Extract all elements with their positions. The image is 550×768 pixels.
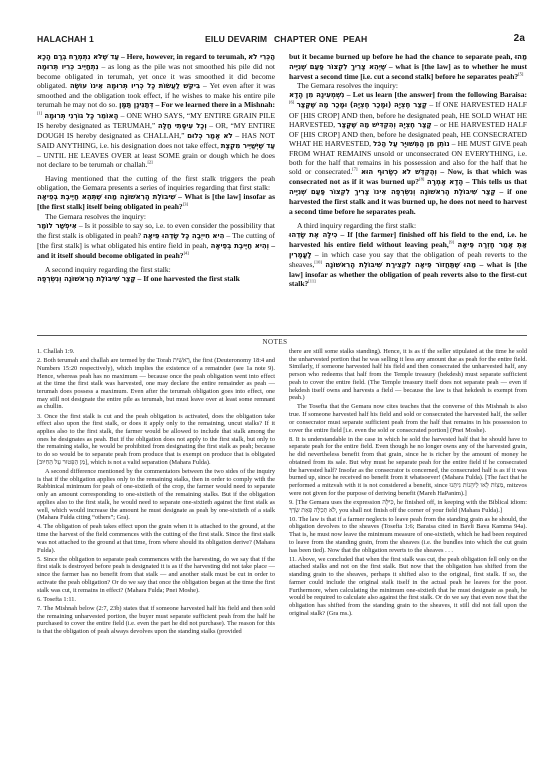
translation: – For we learned there in a Mishnah:: [155, 100, 275, 109]
running-header: HALACHAH 1 EILU DEVARIM CHAPTER ONE PEAH…: [37, 34, 525, 46]
main-column-left: עַד שֶׁלֹּא נִתְמְרַח בְּרַם הָכָא – Her…: [37, 52, 275, 284]
notes-divider: [37, 335, 527, 336]
hebrew-phrase: וְהֶקְדֵּשׁ לֹא כְשָׂרוּף הוּא: [361, 168, 437, 176]
hebrew-phrase: הָאוֹמֵר כָּל גּוֹרְנִי תְּרוּמָה: [44, 112, 118, 120]
hebrew-phrase: נוֹתֵן מִן הַמְּשׁוּיָּר עַל הַכֹּל: [373, 140, 450, 148]
paragraph: קָצַר שִׁיבּוֹלֶת הָרִאשׁוֹנָה וְנִשְׂרְ…: [37, 274, 275, 284]
translation: – If one harvested the first stalk: [138, 274, 240, 283]
halachah-label: HALACHAH 1: [37, 34, 94, 44]
main-text: עַד שֶׁלֹּא נִתְמְרַח בְּרַם הָכָא – Her…: [37, 52, 527, 332]
intro-text: The Gemara resolves the inquiry:: [297, 81, 398, 90]
hebrew-phrase: כִּילָּה אֶת שָׂדֵהוּ: [289, 231, 338, 239]
hebrew-phrase: בְּרַם הָכָא: [37, 53, 67, 61]
paragraph: שִׁיבּוֹלֶת הָרִאשׁוֹנָה מַהוּ שֶׁתְּהֵא…: [37, 192, 275, 211]
paragraph: כִּילָּה אֶת שָׂדֵהוּ – If [the farmer] …: [289, 230, 527, 289]
hebrew-phrase: אִיפְשַׁר לוֹמַר: [37, 222, 77, 230]
hebrew-phrase: מַהוּ שֶׁתַּחֲזוֹר פֵּיאָה לִקְצִירַת שִ…: [325, 261, 476, 269]
note-item: 5. Since the obligation to separate peah…: [37, 556, 275, 595]
hebrew-phrase: הִיא חִייְבָה כָּל שָׂדֵהוּ פֵּיאָה: [143, 232, 224, 240]
note-item: 1. Challah 1:9.: [37, 348, 275, 356]
hebrew-phrase: לֹא אָמַר כְּלוּם: [187, 132, 233, 140]
paragraph: but it became burned up before he had th…: [289, 52, 527, 81]
notes-column-right: there are still some stalks standing). H…: [289, 348, 527, 619]
intro-text: A second inquiry regarding the first sta…: [45, 265, 171, 274]
hebrew-phrase: קָצַר חֶצְיָהּ (וּמָכַר חֶצְיָהּ) וּמָכַ…: [297, 101, 428, 109]
note-item: 7. The Mishnah below (2:7, 23b) states t…: [37, 605, 275, 636]
note-item: 2. Both terumah and challah are termed b…: [37, 357, 275, 411]
paragraph: A second inquiry regarding the first sta…: [37, 265, 275, 274]
note-item: there are still some stalks standing). H…: [289, 348, 527, 402]
hebrew-phrase: הָדָא אָמְרָה: [427, 178, 463, 186]
notes-heading: NOTES: [0, 338, 550, 346]
note-item: 11. Above, we concluded that when the fi…: [289, 556, 527, 618]
hebrew-phrase: בִּיקֵּשׁ לַעֲשׂוֹת כָּל כְּרִיו תְּרוּמ…: [70, 82, 200, 90]
hebrew-phrase: עַד שֶׁלֹּא נִתְמְרַח: [69, 53, 119, 61]
note-item: 8. It is understandable in the case in w…: [289, 436, 527, 498]
hebrew-phrase: וְהִיא חַיֶּיבֶת בְּפֵיאָה: [211, 242, 270, 250]
hebrew-phrase: עַד שֶׁיְּשַׁיֵּיר מִקְצָת: [221, 142, 275, 150]
hebrew-phrase: קָצַר שִׁיבּוֹלֶת הָרִאשׁוֹנָה וְנִשְׂרְ…: [289, 188, 496, 196]
tractate-label: PEAH: [343, 34, 367, 44]
paragraph: עַד שֶׁלֹּא נִתְמְרַח בְּרַם הָכָא – Her…: [37, 52, 275, 169]
hebrew-phrase: שִׁיבּוֹלֶת הָרִאשׁוֹנָה מַהוּ שֶׁתְּהֵא…: [37, 193, 176, 201]
note-item: 6. Tosefta 1:11.: [37, 596, 275, 604]
intro-text: Having mentioned that the cutting of the…: [37, 174, 275, 192]
translation: – Let us learn [the answer] from the fol…: [347, 90, 527, 99]
main-column-right: but it became burned up before he had th…: [289, 52, 527, 288]
hebrew-phrase: נִשְׁמְעִינָהּ מִן הָדָא: [289, 91, 344, 99]
hebrew-phrase: קָצַר חֶצְיָהּ וְהִקְדִּישׁ מַה שֶּׁקָּצ…: [337, 121, 431, 129]
hebrew-phrase: וְכָל עִיסָּתִי חַלָּה: [158, 122, 207, 130]
note-item: 10. The law is that if a farmer neglects…: [289, 516, 527, 555]
chapter-name: EILU DEVARIM: [205, 34, 267, 44]
hebrew-phrase: קָצַר שִׁיבּוֹלֶת הָרִאשׁוֹנָה וְנִשְׂרְ…: [37, 275, 136, 283]
chapter-label: CHAPTER ONE: [274, 34, 338, 44]
translation: but it became burned up before he had th…: [289, 52, 512, 61]
note-item: 9. [The Gemara uses the expression כִּיל…: [289, 499, 527, 514]
translation: – Here, however, in regard to terumah,: [121, 52, 246, 61]
note-item: 3. Once the first stalk is cut and the p…: [37, 413, 275, 467]
paragraph: אִיפְשַׁר לוֹמַר – Is it possible to say…: [37, 221, 275, 260]
paragraph: נִשְׁמְעִינָהּ מִן הָדָא – Let us learn …: [289, 90, 527, 215]
note-item: 4. The obligation of peah takes effect u…: [37, 523, 275, 554]
hebrew-phrase: דְּתַנִּינָן תַּמָּן: [119, 101, 153, 109]
paragraph: The Gemara resolves the inquiry:: [289, 81, 527, 90]
paragraph: A third inquiry regarding the first stal…: [289, 221, 527, 230]
intro-text: A third inquiry regarding the first stal…: [297, 221, 416, 230]
paragraph: The Gemara resolves the inquiry:: [37, 212, 275, 221]
notes-column-left: 1. Challah 1:9. 2. Both terumah and chal…: [37, 348, 275, 637]
translation: – UNTIL HE LEAVES OVER at least SOME gra…: [37, 151, 275, 169]
note-item: The Tosefta that the Gemara now cites te…: [289, 403, 527, 434]
page-number: 2a: [514, 33, 525, 44]
intro-text: The Gemara resolves the inquiry:: [45, 212, 146, 221]
paragraph: Having mentioned that the cutting of the…: [37, 174, 275, 192]
translation: – This tells us that: [466, 177, 527, 186]
note-item: A second difference mentioned by the com…: [37, 468, 275, 522]
